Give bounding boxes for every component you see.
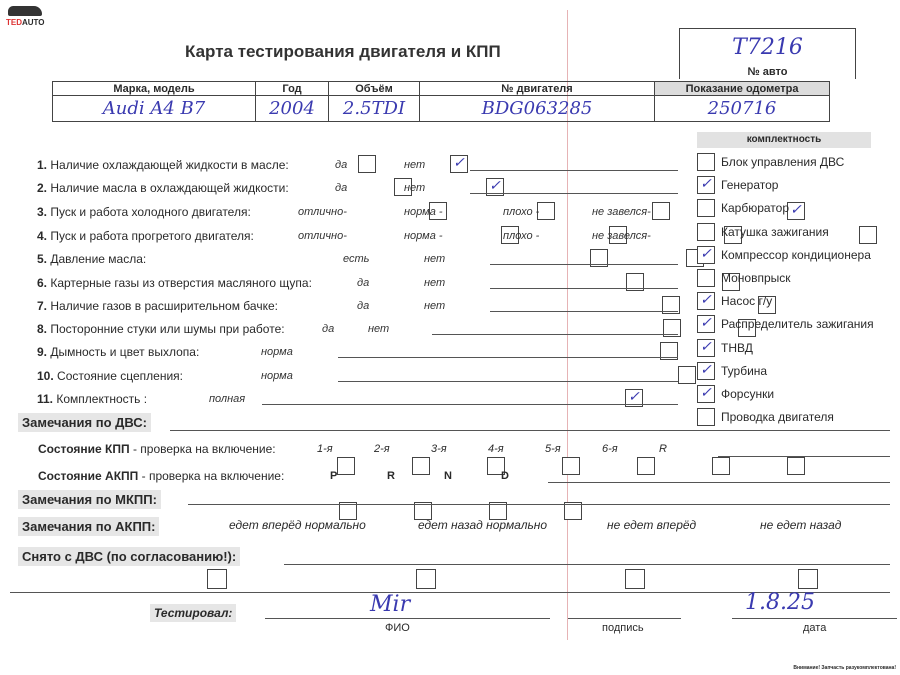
vehicle-header-table: Марка, модель Год Объём № двигателя Пока…	[52, 81, 830, 122]
akpp-label: Состояние АКПП - проверка на включение:	[38, 469, 284, 483]
komplektnost-label: Насос г/у	[721, 294, 772, 308]
komplektnost-item[interactable]: Насос г/у	[697, 292, 772, 310]
questions-list: 1. Наличие охлаждающей жидкости в масле:…	[0, 0, 900, 18]
komplektnost-label: Форсунки	[721, 387, 774, 401]
komplektnost-checkbox[interactable]	[697, 176, 715, 194]
question-2-option-label: да	[335, 182, 347, 194]
komplektnost-label: Моновпрыск	[721, 271, 791, 285]
komplektnost-item[interactable]: Блок управления ДВС	[697, 153, 844, 171]
kpp-gear-checkbox[interactable]	[337, 457, 355, 475]
komplektnost-checkbox[interactable]	[697, 315, 715, 333]
question-9-label: 9. Дымность и цвет выхлопа:	[37, 345, 199, 359]
komplektnost-item[interactable]: Турбина	[697, 362, 767, 380]
akpp-gear-checkbox[interactable]	[564, 502, 582, 520]
question-1-checkbox[interactable]	[358, 155, 376, 173]
question-3-option-label: не завелся-	[592, 206, 651, 218]
car-number-value[interactable]: T7216	[679, 28, 856, 67]
col-volume: Объём	[329, 82, 420, 96]
question-3-checkbox[interactable]	[787, 202, 805, 220]
year-value[interactable]: 2004	[256, 96, 329, 122]
remarks-dvs-line[interactable]	[170, 430, 890, 431]
komplektnost-checkbox[interactable]	[697, 408, 715, 426]
question-5-option-label: нет	[424, 253, 445, 265]
col-engine-number: № двигателя	[420, 82, 655, 96]
removed-line[interactable]	[284, 564, 890, 565]
question-3-option-label: плохо -	[503, 206, 539, 218]
col-make-model: Марка, модель	[53, 82, 256, 96]
question-4-option-label: отлично-	[298, 230, 347, 242]
question-3-label: 3. Пуск и работа холодного двигателя:	[37, 205, 251, 219]
question-6-notes-line[interactable]	[490, 288, 678, 289]
question-1-label: 1. Наличие охлаждающей жидкости в масле:	[37, 158, 289, 172]
komplektnost-item[interactable]: Катушка зажигания	[697, 223, 829, 241]
akpp-gear-label: P	[330, 470, 337, 482]
komplektnost-checkbox[interactable]	[697, 246, 715, 264]
kpp-gear-label: 2-я	[374, 443, 390, 455]
sign-label: подпись	[602, 622, 644, 634]
komplektnost-label: Блок управления ДВС	[721, 155, 844, 169]
komplektnost-checkbox[interactable]	[697, 153, 715, 171]
kpp-gear-checkbox[interactable]	[562, 457, 580, 475]
komplektnost-label: Карбюратор	[721, 201, 789, 215]
kpp-gear-checkbox[interactable]	[637, 457, 655, 475]
question-6-option-label: да	[357, 277, 369, 289]
logo: TEDAUTO	[6, 6, 46, 27]
question-7-option-label: нет	[424, 300, 445, 312]
question-4-option-label: плохо -	[503, 230, 539, 242]
name-label: ФИО	[385, 622, 410, 634]
komplektnost-item[interactable]: Форсунки	[697, 385, 774, 403]
komplektnost-item[interactable]: Карбюратор	[697, 199, 789, 217]
question-6-option-label: нет	[424, 277, 445, 289]
brand-red: TED	[6, 18, 22, 27]
komplektnost-item[interactable]: Генератор	[697, 176, 778, 194]
question-8-option-label: да	[322, 323, 334, 335]
question-2-option-label: нет	[404, 182, 425, 194]
col-odometer: Показание одометра	[655, 82, 830, 96]
komplektnost-checkbox[interactable]	[697, 339, 715, 357]
komplektnost-checkbox[interactable]	[697, 362, 715, 380]
tester-name-value[interactable]: Mir	[370, 592, 410, 617]
car-logo-icon	[8, 6, 42, 16]
question-7-notes-line[interactable]	[490, 311, 678, 312]
volume-value[interactable]: 2.5TDI	[329, 96, 420, 122]
question-2-notes-line[interactable]	[470, 193, 678, 194]
akpp-remark-label: не едет назад	[760, 518, 841, 532]
kpp-gear-label: 1-я	[317, 443, 333, 455]
kpp-gear-label: 6-я	[602, 443, 618, 455]
kpp-gear-label: R	[659, 443, 667, 455]
komplektnost-label: Компрессор кондиционера	[721, 248, 871, 262]
question-9-notes-line[interactable]	[338, 357, 678, 358]
akpp-gear-label: D	[501, 470, 509, 482]
akpp-remark-label: едет вперёд нормально	[229, 518, 366, 532]
question-3-checkbox[interactable]	[652, 202, 670, 220]
kpp-gear-checkbox[interactable]	[412, 457, 430, 475]
akpp-remark-checkbox[interactable]	[207, 569, 227, 589]
date-line	[732, 618, 897, 619]
question-9-option-label: норма	[261, 346, 293, 358]
kpp-gear-checkbox[interactable]	[787, 457, 805, 475]
komplektnost-item[interactable]: Проводка двигателя	[697, 408, 834, 426]
date-label: дата	[803, 622, 826, 634]
komplektnost-checkbox[interactable]	[697, 269, 715, 287]
date-value[interactable]: 1.8.25	[745, 590, 815, 615]
odometer-value[interactable]: 250716	[655, 96, 830, 122]
question-5-label: 5. Давление масла:	[37, 252, 146, 266]
question-3-option-label: норма -	[404, 206, 443, 218]
kpp-notes-line[interactable]	[718, 456, 890, 457]
question-4-option-label: норма -	[404, 230, 443, 242]
question-1-option-label: нет	[404, 159, 425, 171]
engine-number-value[interactable]: BDG063285	[420, 96, 655, 122]
question-11-notes-line[interactable]	[262, 404, 678, 405]
question-1-checkbox[interactable]	[450, 155, 468, 173]
komplektnost-checkbox[interactable]	[697, 199, 715, 217]
komplektnost-item[interactable]: Компрессор кондиционера	[697, 246, 871, 264]
kpp-gear-label: 3-я	[431, 443, 447, 455]
komplektnost-item[interactable]: ТНВД	[697, 339, 753, 357]
akpp-remark-checkbox[interactable]	[416, 569, 436, 589]
komplektnost-label: Проводка двигателя	[721, 410, 834, 424]
remarks-mkpp-line[interactable]	[188, 504, 890, 505]
remarks-mkpp-label: Замечания по МКПП:	[18, 490, 161, 509]
komplektnost-header: комплектность	[697, 132, 871, 148]
question-4-label: 4. Пуск и работа прогретого двигателя:	[37, 229, 254, 243]
question-11-label: 11. Комплектность :	[37, 392, 147, 406]
komplektnost-label: Катушка зажигания	[721, 225, 829, 239]
car-number-label: № авто	[679, 66, 856, 79]
akpp-remark-label: не едет вперёд	[607, 518, 696, 532]
name-line	[265, 618, 550, 619]
question-2-label: 2. Наличие масла в охлаждающей жидкости:	[37, 181, 289, 195]
question-6-label: 6. Картерные газы из отверстия масляного…	[37, 276, 312, 290]
col-year: Год	[256, 82, 329, 96]
remarks-akpp-label: Замечания по АКПП:	[18, 517, 159, 536]
question-8-notes-line[interactable]	[432, 334, 678, 335]
question-7-option-label: да	[357, 300, 369, 312]
komplektnost-label: Генератор	[721, 178, 778, 192]
akpp-notes-line[interactable]	[548, 482, 890, 483]
komplektnost-checkbox[interactable]	[697, 292, 715, 310]
question-10-label: 10. Состояние сцепления:	[37, 369, 183, 383]
question-10-option-label: норма	[261, 370, 293, 382]
question-1-option-label: да	[335, 159, 347, 171]
komplektnost-label: Турбина	[721, 364, 767, 378]
akpp-gear-label: N	[444, 470, 452, 482]
question-10-checkbox[interactable]	[678, 366, 696, 384]
brand-black: AUTO	[22, 18, 45, 27]
question-5-notes-line[interactable]	[490, 264, 678, 265]
make-model-value[interactable]: Audi A4 B7	[53, 96, 256, 122]
komplektnost-checkbox[interactable]	[697, 223, 715, 241]
tested-label: Тестировал:	[150, 604, 236, 622]
question-1-notes-line[interactable]	[470, 170, 678, 171]
question-10-notes-line[interactable]	[338, 381, 678, 382]
komplektnost-checkbox[interactable]	[697, 385, 715, 403]
kpp-gear-label: 5-я	[545, 443, 561, 455]
removed-label: Снято с ДВС (по согласованию!):	[18, 547, 240, 566]
question-3-checkbox[interactable]	[537, 202, 555, 220]
kpp-gear-label: 4-я	[488, 443, 504, 455]
footer-note: Внимание! Запчасть разукомплектована!	[793, 665, 896, 671]
question-4-checkbox[interactable]	[859, 226, 877, 244]
komplektnost-label: Распределитель зажигания	[721, 317, 874, 331]
question-4-option-label: не завелся-	[592, 230, 651, 242]
page-title: Карта тестирования двигателя и КПП	[185, 42, 501, 62]
question-8-option-label: нет	[368, 323, 389, 335]
kpp-gear-checkbox[interactable]	[712, 457, 730, 475]
komplektnost-item[interactable]: Распределитель зажигания	[697, 315, 874, 333]
sign-line[interactable]	[568, 618, 681, 619]
akpp-remark-label: едет назад нормально	[418, 518, 547, 532]
question-7-label: 7. Наличие газов в расширительном бачке:	[37, 299, 278, 313]
komplektnost-label: ТНВД	[721, 341, 753, 355]
question-3-option-label: отлично-	[298, 206, 347, 218]
komplektnost-item[interactable]: Моновпрыск	[697, 269, 791, 287]
kpp-label: Состояние КПП - проверка на включение:	[38, 442, 276, 456]
akpp-remark-checkbox[interactable]	[625, 569, 645, 589]
akpp-remark-checkbox[interactable]	[798, 569, 818, 589]
question-11-option-label: полная	[209, 393, 245, 405]
remarks-dvs-label: Замечания по ДВС:	[18, 413, 151, 432]
question-8-label: 8. Посторонние стуки или шумы при работе…	[37, 322, 285, 336]
question-5-option-label: есть	[343, 253, 369, 265]
akpp-gear-label: R	[387, 470, 395, 482]
